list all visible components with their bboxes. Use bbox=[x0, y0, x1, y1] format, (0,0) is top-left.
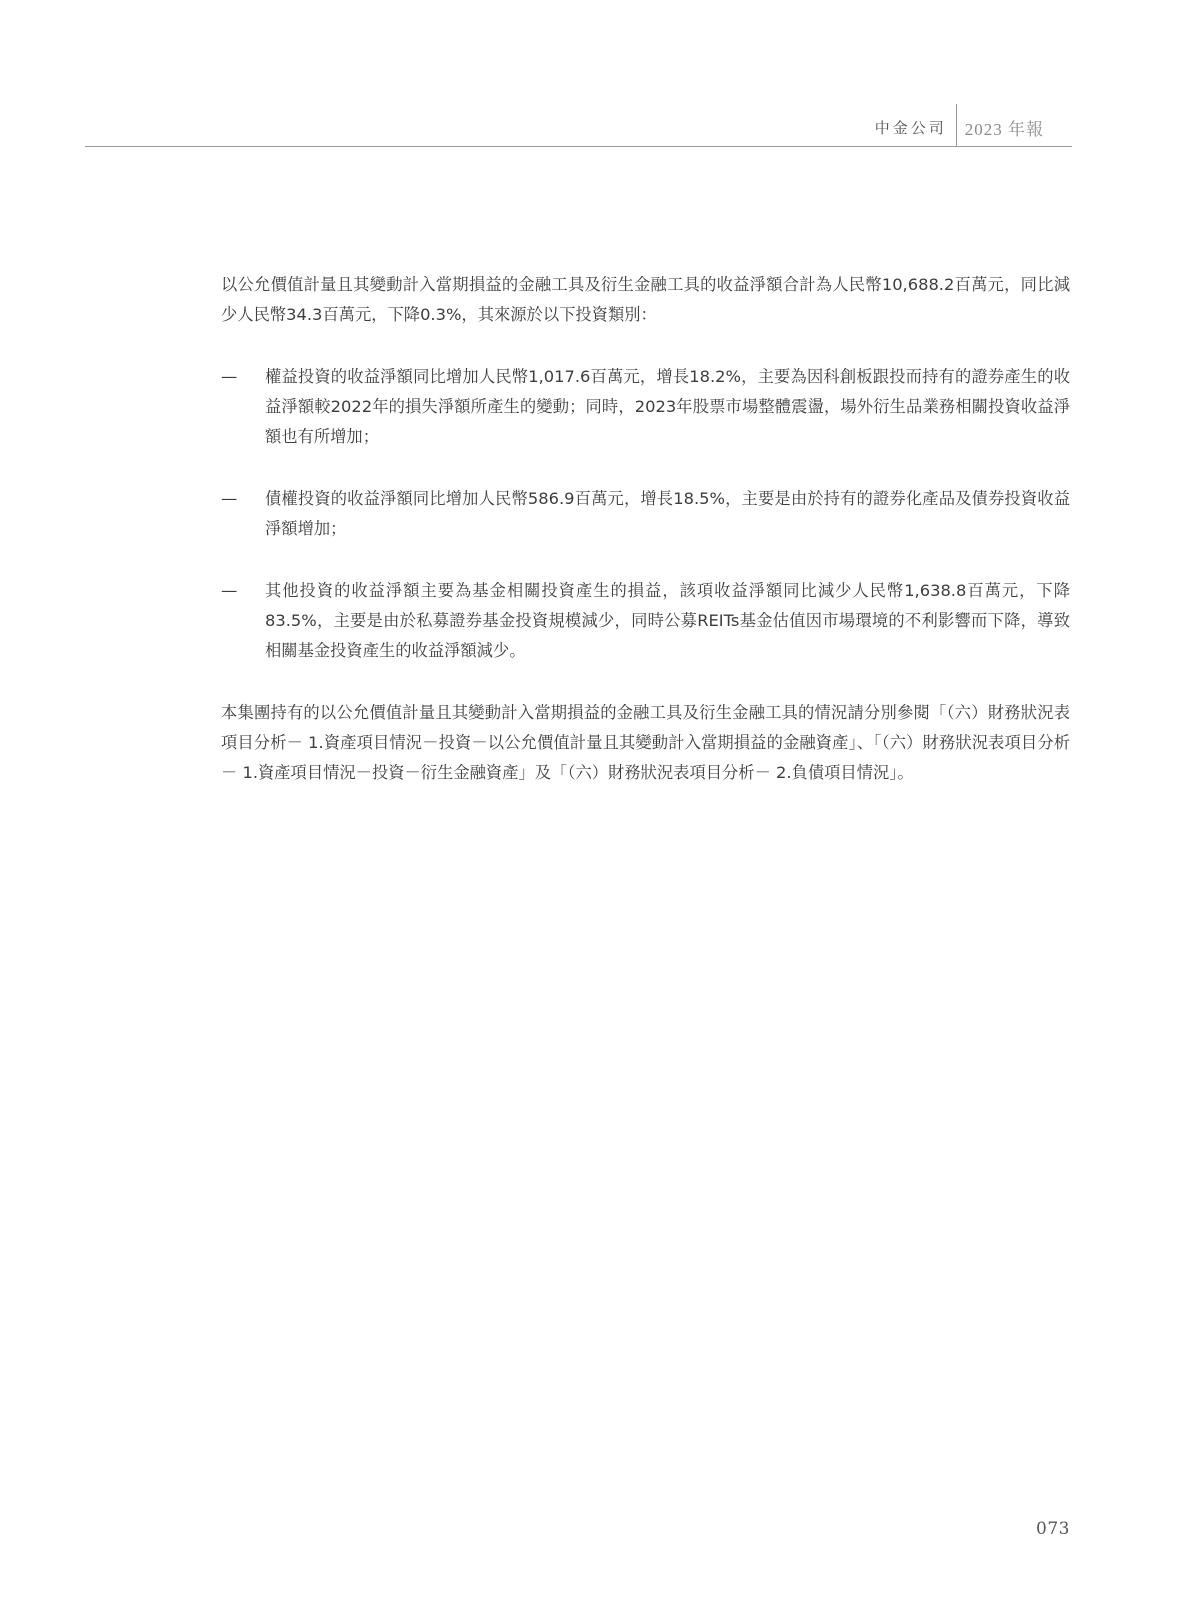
investment-category-list: — 權益投資的收益淨額同比增加人民幣1,017.6百萬元，增長18.2%，主要為… bbox=[221, 362, 1070, 666]
company-name: 中金公司 bbox=[875, 117, 956, 138]
closing-paragraph: 本集團持有的以公允價值計量且其變動計入當期損益的金融工具及衍生金融工具的情況請分… bbox=[221, 698, 1070, 788]
intro-paragraph: 以公允價值計量且其變動計入當期損益的金融工具及衍生金融工具的收益淨額合計為人民幣… bbox=[221, 270, 1070, 330]
page-header: 中金公司 2023 年報 bbox=[875, 108, 1044, 146]
list-item-text: 其他投資的收益淨額主要為基金相關投資產生的損益，該項收益淨額同比減少人民幣1,6… bbox=[265, 576, 1070, 666]
dash-marker: — bbox=[221, 484, 265, 544]
main-content: 以公允價值計量且其變動計入當期損益的金融工具及衍生金融工具的收益淨額合計為人民幣… bbox=[221, 270, 1070, 788]
report-title: 2023 年報 bbox=[957, 115, 1044, 140]
dash-marker: — bbox=[221, 576, 265, 666]
list-item-debt: — 債權投資的收益淨額同比增加人民幣586.9百萬元，增長18.5%，主要是由於… bbox=[221, 484, 1070, 544]
list-item-text: 債權投資的收益淨額同比增加人民幣586.9百萬元，增長18.5%，主要是由於持有… bbox=[265, 484, 1070, 544]
page-number: 073 bbox=[1036, 1519, 1070, 1539]
list-item-equity: — 權益投資的收益淨額同比增加人民幣1,017.6百萬元，增長18.2%，主要為… bbox=[221, 362, 1070, 452]
header-rule bbox=[85, 146, 1072, 147]
dash-marker: — bbox=[221, 362, 265, 452]
list-item-text: 權益投資的收益淨額同比增加人民幣1,017.6百萬元，增長18.2%，主要為因科… bbox=[265, 362, 1070, 452]
list-item-other: — 其他投資的收益淨額主要為基金相關投資產生的損益，該項收益淨額同比減少人民幣1… bbox=[221, 576, 1070, 666]
